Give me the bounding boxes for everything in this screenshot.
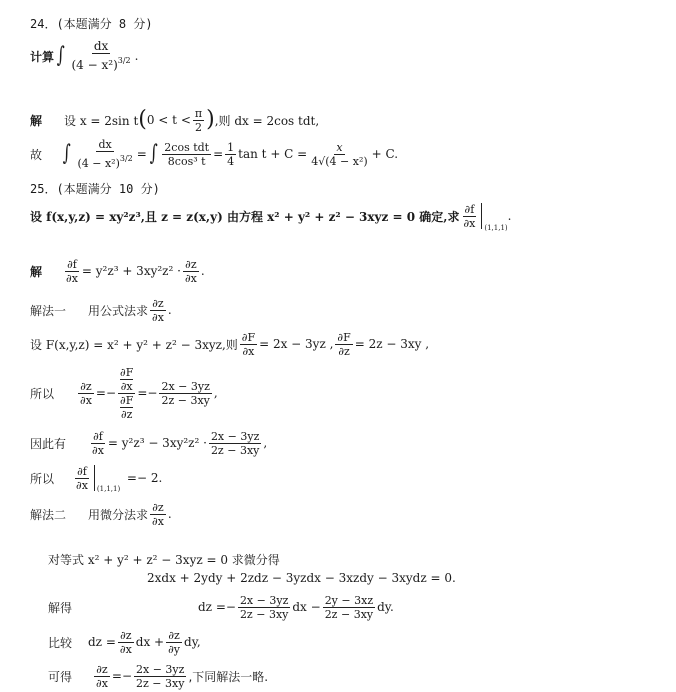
so-label: 所以: [30, 470, 72, 487]
substitution-text: 设 x = 2sin t: [64, 112, 138, 129]
numerator: ∂F: [120, 394, 133, 408]
numerator: ∂F: [120, 366, 133, 380]
dz-dx-fraction: ∂z ∂x: [78, 380, 94, 407]
method-1-text: 用公式法求: [88, 302, 148, 319]
denominator: ∂x: [78, 394, 94, 407]
condition-text: 0 < t <: [147, 113, 191, 127]
hence-expression: = y²z³ − 3xy²z² ·: [108, 436, 207, 450]
df-dx-fraction: ∂f ∂x: [461, 203, 477, 230]
dx-term: dx −: [292, 600, 320, 614]
solve-line: 解得 dz =− 2x − 3yz 2z − 3xy dx − 2y − 3xz…: [48, 592, 394, 622]
denominator: 2z − 3xy: [159, 394, 211, 407]
denominator: ∂x: [64, 272, 80, 285]
dz-equals: dz =−: [198, 600, 236, 614]
denominator: ∂z: [336, 345, 351, 358]
denominator: ∂x: [150, 311, 166, 324]
exponent: 3/2: [120, 154, 133, 163]
integral-sign: ∫: [150, 143, 158, 165]
prompt-end: .: [135, 49, 139, 63]
period: .: [201, 264, 205, 278]
dz-dy-fraction: ∂z ∂y: [166, 629, 182, 656]
problem-25-statement: 设 f(x,y,z) = xy²z³,且 z = z(x,y) 由方程 x² +…: [30, 200, 511, 232]
numerator: ∂z: [94, 663, 109, 677]
denominator: 8cos³ t: [166, 155, 208, 168]
problem-25-solution-main: 解 ∂f ∂x = y²z³ + 3xy²z² · ∂z ∂x .: [30, 256, 205, 286]
tan-term: tan t + C =: [238, 147, 307, 161]
derivative-expression: = y²z³ + 3xy²z² ·: [82, 264, 181, 278]
method-1-line: 解法一 用公式法求 ∂z ∂x .: [30, 296, 172, 324]
equals-minus: =−: [96, 386, 116, 400]
result-label: 可得: [48, 668, 92, 685]
ratio-fraction: 2x − 3yz 2z − 3xy: [134, 663, 186, 690]
integrand-exponent: 3/2: [118, 56, 131, 65]
numerator: 2y − 3xz: [323, 594, 375, 608]
dz-dx-fraction: ∂z ∂x: [150, 501, 166, 528]
hence-line: 因此有 ∂f ∂x = y²z³ − 3xy²z² · 2x − 3yz 2z …: [30, 428, 267, 458]
constant-term: + C.: [372, 147, 398, 161]
compare-line: 比较 dz = ∂z ∂x dx + ∂z ∂y dy,: [48, 627, 201, 657]
denominator: ∂x: [74, 479, 90, 492]
dz-dx-fraction: ∂z ∂x: [94, 663, 110, 690]
denominator: 2z − 3xy: [134, 677, 186, 690]
numerator: ∂z: [118, 629, 133, 643]
numerator: 2x − 3yz: [159, 380, 211, 394]
problem-25-header: 25．(本题满分 10 分): [30, 180, 160, 197]
evaluation-point: (1,1,1): [97, 485, 127, 493]
dy-term: dy.: [377, 600, 394, 614]
df-dx-fraction: ∂f ∂x: [90, 430, 106, 457]
differential-equation-text: 2xdx + 2ydy + 2zdz − 3yzdx − 3xzdy − 3xy…: [147, 571, 456, 585]
numerator: ∂f: [65, 258, 79, 272]
evaluation-bar: [481, 203, 482, 229]
so-label: 所以: [30, 385, 76, 402]
denominator: ∂x: [461, 217, 477, 230]
numerator: dx: [96, 138, 113, 152]
numerator: 2x − 3yz: [238, 594, 290, 608]
problem-24-solution-line-1: 解 设 x = 2sin t ( 0 < t < π 2 ) ,则 dx = 2…: [30, 106, 319, 134]
result-end-text: ,下同解法一略.: [188, 668, 268, 685]
ratio-fraction: 2x − 3yz 2z − 3xy: [238, 594, 290, 621]
set-f-line: 设 F(x,y,z) = x² + y² + z² − 3xyz,则 ∂F ∂x…: [30, 330, 429, 358]
denominator: ∂x: [240, 345, 256, 358]
problem-24-header: 24．(本题满分 8 分): [30, 15, 153, 32]
statement-end: .: [508, 209, 512, 223]
numerator: 1: [225, 141, 236, 155]
comma: ,: [214, 386, 218, 400]
denominator: ∂x: [183, 272, 199, 285]
dy-term: dy,: [184, 635, 201, 649]
differential-equation: 2xdx + 2ydy + 2zdz − 3yzdx − 3xzdy − 3xy…: [147, 571, 456, 585]
equals: =: [213, 147, 223, 161]
denominator: ∂x: [118, 643, 134, 656]
method-2-label: 解法二: [30, 506, 88, 523]
pi-over-two: π 2: [193, 107, 204, 134]
integrand-fraction: dx (4 − x²)3/2: [69, 40, 132, 72]
integrand-numerator: dx: [92, 40, 110, 54]
left-paren: (: [138, 109, 147, 131]
problem-24-prompt: 计算 ∫ dx (4 − x²)3/2 .: [30, 40, 138, 72]
equals-minus: =−: [112, 669, 132, 683]
numerator: ∂f: [91, 430, 105, 444]
numerator: ∂z: [150, 501, 165, 515]
dz-dx-fraction: ∂z ∂x: [183, 258, 199, 285]
numerator: ∂f: [75, 465, 89, 479]
ratio-fraction-2: 2y − 3xz 2z − 3xy: [323, 594, 375, 621]
denominator: 2z − 3xy: [323, 608, 375, 621]
prompt-label: 计算: [30, 48, 54, 65]
numerator: ∂F: [335, 331, 352, 345]
dx-term: dx +: [136, 635, 164, 649]
numerator: ∂f: [463, 203, 477, 217]
numerator: ∂z: [150, 297, 165, 311]
solution-label: 解: [30, 112, 64, 129]
compound-fraction: ∂F ∂x ∂F ∂z: [118, 366, 135, 421]
method-2-text: 用微分法求: [88, 506, 148, 523]
denominator: ∂z: [121, 408, 132, 421]
denominator: 2z − 3xy: [238, 608, 290, 621]
integral-sign: ∫: [57, 45, 65, 67]
numerator: 2x − 3yz: [209, 430, 261, 444]
problem-25-header-text: 25．(本题满分 10 分): [30, 180, 160, 197]
dz-dx-fraction: ∂z ∂x: [118, 629, 134, 656]
equals: =: [137, 147, 147, 161]
denominator: 4: [225, 155, 236, 168]
differential-text: ,则 dx = 2cos tdt,: [215, 112, 319, 129]
ratio-fraction: 2x − 3yz 2z − 3xy: [209, 430, 261, 457]
dz-dx-fraction: ∂z ∂x: [150, 297, 166, 324]
denominator: ∂x: [121, 380, 133, 393]
two: 2: [193, 121, 204, 134]
compare-label: 比较: [48, 634, 88, 651]
step-fraction-2: 2cos tdt 8cos³ t: [162, 141, 211, 168]
so-line: 所以 ∂z ∂x =− ∂F ∂x ∂F ∂z =− 2x − 3yz 2z −…: [30, 364, 218, 422]
denominator: 4√(4 − x²): [309, 155, 369, 168]
numerator: ∂F: [240, 331, 257, 345]
equals-minus: =−: [137, 386, 157, 400]
therefore-label: 故: [30, 146, 60, 163]
numerator: ∂z: [183, 258, 198, 272]
denominator: ∂x: [94, 677, 110, 690]
statement-text: 设 f(x,y,z) = xy²z³,且 z = z(x,y) 由方程 x² +…: [30, 208, 459, 225]
result-value: =− 2.: [127, 471, 162, 485]
numerator: 2x − 3yz: [134, 663, 186, 677]
dF-dx-fraction: ∂F ∂x: [240, 331, 257, 358]
denominator: ∂y: [166, 643, 182, 656]
df-dx-fraction: ∂f ∂x: [74, 465, 90, 492]
pi: π: [193, 107, 204, 121]
problem-24-solution-line-2: 故 ∫ dx (4 − x²)3/2 = ∫ 2cos tdt 8cos³ t …: [30, 138, 398, 170]
fx-value: = 2x − 3yz ,: [259, 337, 333, 351]
integral-sign: ∫: [63, 143, 71, 165]
differential-intro-text: 对等式 x² + y² + z² − 3xyz = 0 求微分得: [48, 551, 280, 568]
numerator: ∂z: [166, 629, 181, 643]
numerator: x: [334, 141, 344, 155]
solution-label: 解: [30, 263, 62, 280]
result-line: 可得 ∂z ∂x =− 2x − 3yz 2z − 3xy ,下同解法一略.: [48, 661, 268, 691]
evaluation-point: (1,1,1): [484, 224, 507, 232]
f-definition: 设 F(x,y,z) = x² + y² + z² − 3xyz,则: [30, 336, 238, 353]
numerator: ∂z: [78, 380, 93, 394]
right-paren: ): [206, 109, 215, 131]
denominator: (4 − x²): [77, 157, 119, 170]
ratio-fraction: 2x − 3yz 2z − 3xy: [159, 380, 211, 407]
denominator: ∂x: [90, 444, 106, 457]
solve-label: 解得: [48, 599, 198, 616]
method-1-label: 解法一: [30, 302, 88, 319]
method-2-line: 解法二 用微分法求 ∂z ∂x .: [30, 500, 172, 528]
dF-dz-fraction: ∂F ∂z: [335, 331, 352, 358]
hence-label: 因此有: [30, 435, 88, 452]
comma: ,: [263, 436, 267, 450]
numerator: 2cos tdt: [162, 141, 211, 155]
denominator: 2z − 3xy: [209, 444, 261, 457]
integrand-denominator: (4 − x²): [71, 58, 117, 72]
step-fraction-4: x 4√(4 − x²): [309, 141, 369, 168]
dz-equals: dz =: [88, 635, 116, 649]
evaluation-bar: [94, 465, 95, 491]
step-fraction-3: 1 4: [225, 141, 236, 168]
df-dx-fraction: ∂f ∂x: [64, 258, 80, 285]
step-fraction-1: dx (4 − x²)3/2: [75, 138, 134, 170]
so-2-line: 所以 ∂f ∂x (1,1,1) =− 2.: [30, 463, 162, 493]
fz-value: = 2z − 3xy ,: [355, 337, 429, 351]
denominator: ∂x: [150, 515, 166, 528]
problem-24-header-text: 24．(本题满分 8 分): [30, 15, 153, 32]
differential-intro: 对等式 x² + y² + z² − 3xyz = 0 求微分得: [48, 551, 280, 568]
